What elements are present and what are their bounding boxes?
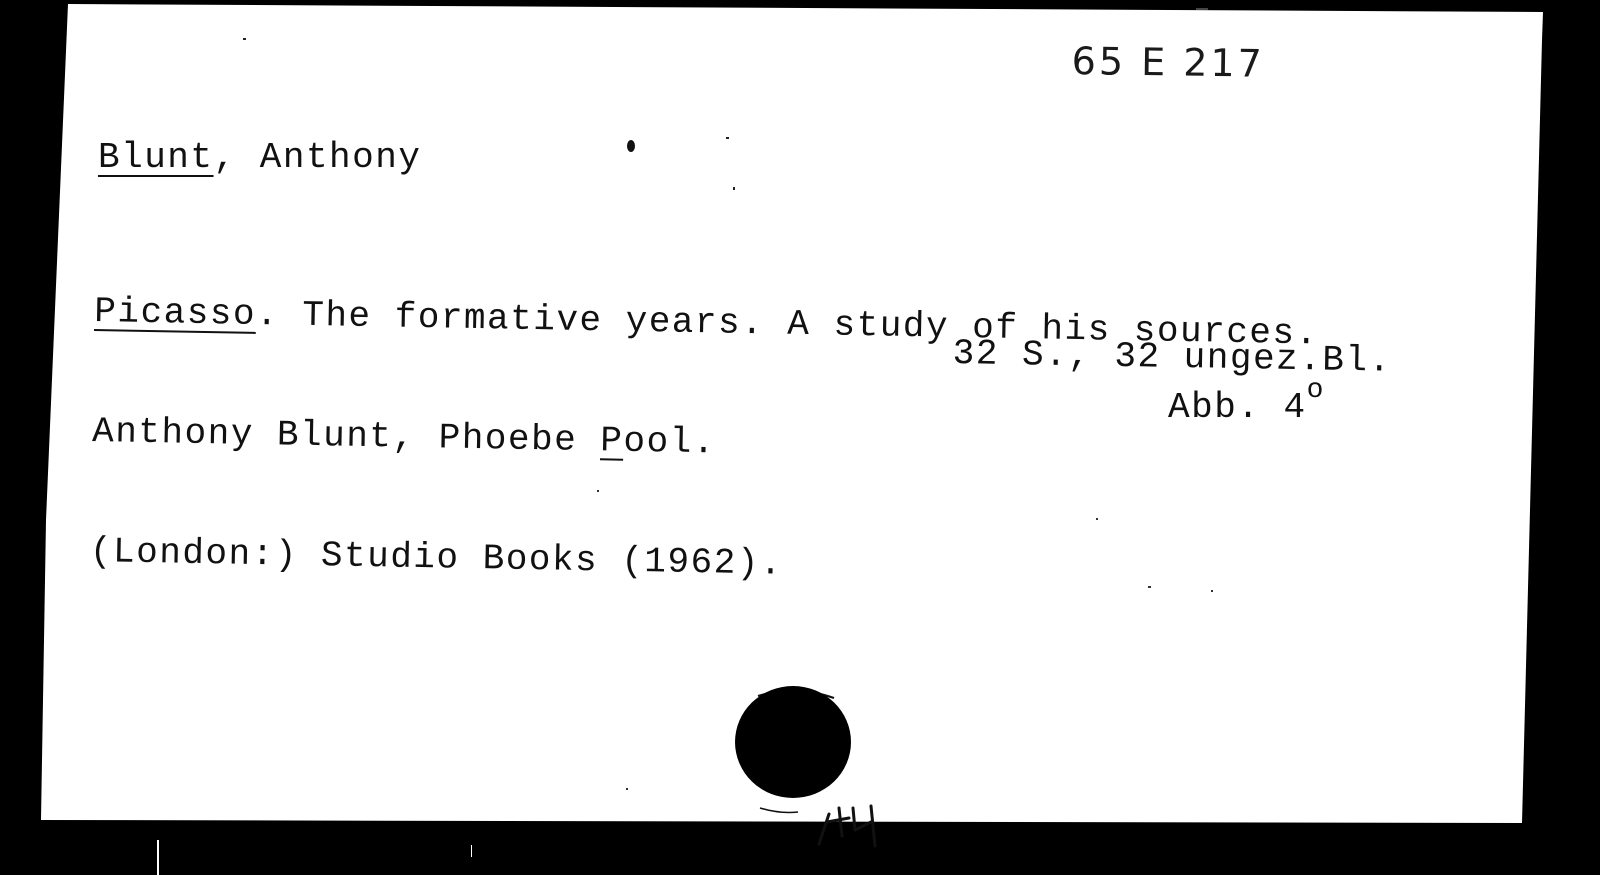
author-heading: Blunt, Anthony xyxy=(98,140,421,176)
ink-dot xyxy=(627,140,635,152)
title-main: Picasso xyxy=(94,291,256,335)
author-separator: , xyxy=(214,137,260,178)
responsibility-lead: Anthony Blunt, Phoebe xyxy=(92,411,601,461)
author-surname: Blunt xyxy=(98,137,214,178)
title-block: Picasso. The formative years. A study of… xyxy=(88,222,1320,676)
imprint-text: (London:) Studio Books (1962). xyxy=(90,531,784,585)
call-number: 65 E 217 xyxy=(1071,42,1265,83)
handwritten-note: /44 xyxy=(815,800,885,850)
responsibility-rest: ool. xyxy=(623,421,716,464)
punch-hole xyxy=(735,686,851,798)
author-given-name: Anthony xyxy=(260,137,422,178)
illustrations-format: Abb. 4o xyxy=(1168,390,1325,426)
responsibility-line: Anthony Blunt, Phoebe Pool. xyxy=(92,414,1317,484)
format-superscript: o xyxy=(1307,375,1325,406)
illustrations-text: Abb. 4 xyxy=(1168,387,1307,428)
scan-stage: 65 E 217 Blunt, Anthony Picasso. The for… xyxy=(0,0,1600,875)
extent-statement: 32 S., 32 ungez.Bl. xyxy=(952,336,1392,380)
imprint-line: (London:) Studio Books (1962). xyxy=(89,534,1314,604)
responsibility-underlined: P xyxy=(600,420,624,461)
